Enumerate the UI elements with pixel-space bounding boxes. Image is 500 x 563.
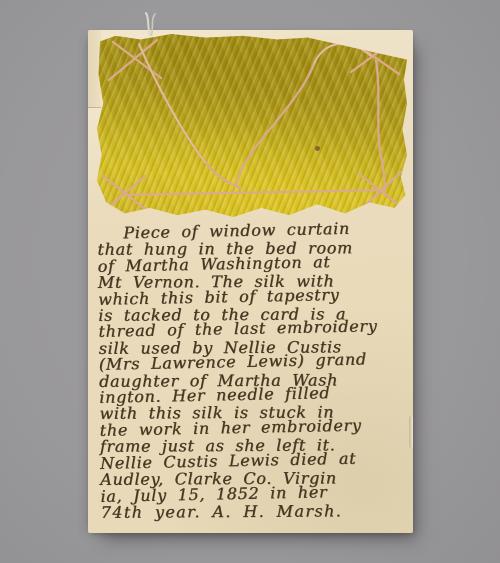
hanging-thread-middle — [236, 44, 371, 186]
photo-background: Piece of window curtain that hung in the… — [0, 0, 500, 563]
silk-swatch — [97, 34, 407, 217]
handwritten-note: Piece of window curtain that hung in the… — [97, 222, 403, 521]
thread-tuft-icon — [140, 10, 162, 36]
baste-thread-bottom — [121, 190, 385, 195]
corner-stitch-top-left — [109, 40, 157, 80]
hanging-thread-right — [376, 60, 385, 192]
hanging-thread-left — [139, 44, 241, 188]
handwriting-line: 74th year. A. H. Marsh. — [101, 503, 403, 521]
fabric-speck — [315, 146, 320, 151]
corner-stitch-top-left — [113, 42, 161, 78]
thread-highlight — [314, 44, 371, 64]
card-fold-mark — [409, 416, 413, 448]
thread-highlight — [139, 44, 205, 162]
stitch-threads-svg — [97, 34, 407, 217]
relic-card: Piece of window curtain that hung in the… — [88, 30, 413, 533]
